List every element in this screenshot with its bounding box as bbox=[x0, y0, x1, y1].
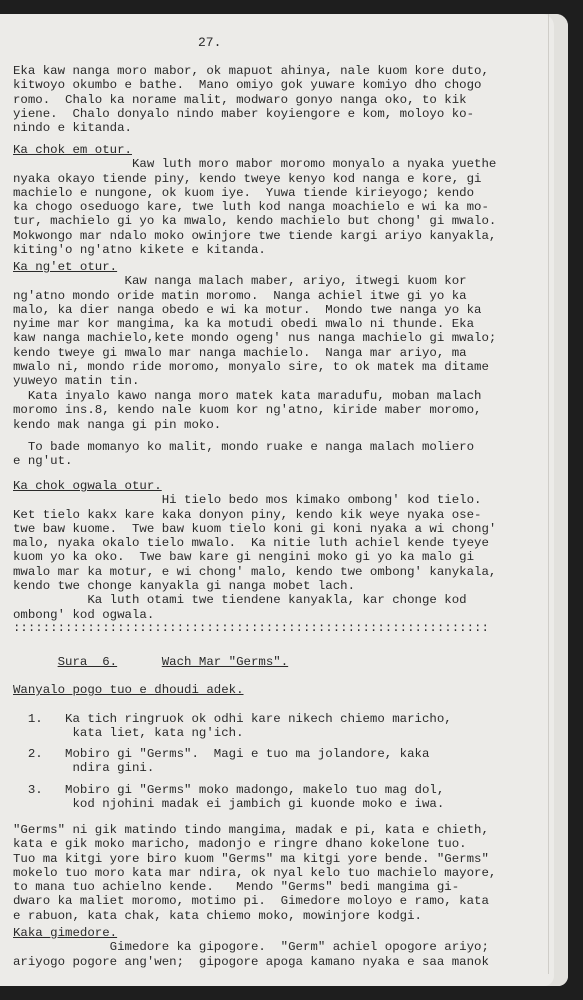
section-heading: Kaka gimedore. bbox=[13, 926, 533, 940]
text-line: ::::::::::::::::::::::::::::::::::::::::… bbox=[13, 621, 533, 635]
text-line: Ka luth otami twe tiendene kanyakla, kar… bbox=[13, 593, 533, 607]
text-line: Hi tielo bedo mos kimako ombong' kod tie… bbox=[13, 493, 533, 507]
text-line: "Germs" ni gik matindo tindo mangima, ma… bbox=[13, 823, 533, 837]
text-line: ombong' kod ogwala. bbox=[13, 608, 533, 622]
section-heading: Ka chok em otur. bbox=[13, 143, 533, 157]
text-line: mwalo ni, mondo ride moromo, monyalo sir… bbox=[13, 360, 533, 374]
list-item: 3. Mobiro gi "Germs" moko madongo, makel… bbox=[13, 783, 533, 812]
paragraph-block: To bade momanyo ko malit, mondo ruake e … bbox=[13, 440, 533, 469]
text-line: malo, nyaka okalo tielo mwalo. Ka nitie … bbox=[13, 536, 533, 550]
text-line: To bade momanyo ko malit, mondo ruake e … bbox=[13, 440, 533, 454]
text-line: Gimedore ka gipogore. "Germ" achiel opog… bbox=[13, 940, 533, 954]
section-heading: Ka ng'et otur. bbox=[13, 260, 533, 274]
text-line: kata liet, kata ng'ich. bbox=[13, 726, 533, 740]
list-item: 1. Ka tich ringruok ok odhi kare nikech … bbox=[13, 712, 533, 741]
text-line: kitwoyo okumbo e bathe. Mano omiyo gok y… bbox=[13, 78, 533, 92]
page-number: 27. bbox=[198, 35, 221, 50]
text-line: kiting'o ng'atno kikete e kitanda. bbox=[13, 243, 533, 257]
text-line: 2. Mobiro gi "Germs". Magi e tuo ma jola… bbox=[13, 747, 533, 761]
text-line: to mana tuo achielno kende. Mendo "Germs… bbox=[13, 880, 533, 894]
text-line: mokelo tuo moro kata mar ndira, ok nyal … bbox=[13, 866, 533, 880]
text-line: 3. Mobiro gi "Germs" moko madongo, makel… bbox=[13, 783, 533, 797]
text-line: kod njohini madak ei jambich gi kuonde m… bbox=[13, 797, 533, 811]
text-line: nyaka okayo tiende piny, kendo tweye ken… bbox=[13, 172, 533, 186]
text-line: machielo e nungone, ok kuom iye. Yuwa ti… bbox=[13, 186, 533, 200]
text-line: mwalo mar ka motur, e wi chong' malo, ke… bbox=[13, 565, 533, 579]
subheading-line: Wanyalo pogo tuo e dhoudi adek. bbox=[13, 683, 533, 697]
text-line: yiene. Chalo donyalo nindo maber koyieng… bbox=[13, 107, 533, 121]
text-line: romo. Chalo ka norame malit, modwaro gon… bbox=[13, 93, 533, 107]
text-line: Kaw luth moro mabor moromo monyalo a nya… bbox=[13, 157, 533, 171]
text-line: yuweyo matin tin. bbox=[13, 374, 533, 388]
section-kaka-gimedore: Kaka gimedore. Gimedore ka gipogore. "Ge… bbox=[13, 926, 533, 969]
text-line: Mokwongo mar ndalo moko owinjore twe tie… bbox=[13, 229, 533, 243]
paragraph-block: Ka chok em otur. Kaw luth moro mabor mor… bbox=[13, 143, 533, 257]
paragraph-block: Ka ng'et otur. Kaw nanga malach maber, a… bbox=[13, 260, 533, 389]
section-heading: Ka chok ogwala otur. bbox=[13, 479, 533, 493]
paragraph-block: ::::::::::::::::::::::::::::::::::::::::… bbox=[13, 621, 533, 635]
page-fold-line bbox=[548, 14, 549, 974]
paragraph-germs: "Germs" ni gik matindo tindo mangima, ma… bbox=[13, 823, 533, 923]
paragraph-block: Eka kaw nanga moro mabor, ok mapuot ahin… bbox=[13, 64, 533, 135]
text-line: tur, machielo gi yo ka mwalo, kendo mach… bbox=[13, 214, 533, 228]
paragraph-block: Ka chok ogwala otur. Hi tielo bedo mos k… bbox=[13, 479, 533, 622]
text-line: moromo ins.8, kendo nale kuom kor ng'atn… bbox=[13, 403, 533, 417]
text-line: kaw nanga machielo,kete mondo ogeng' nus… bbox=[13, 331, 533, 345]
text-line: dwaro ka maliet moromo, motimo pi. Gimed… bbox=[13, 894, 533, 908]
chapter-line: Sura 6. Wach Mar "Germs". bbox=[13, 655, 533, 669]
text-line: kendo tweye gi mwalo mar nanga machielo.… bbox=[13, 346, 533, 360]
list-item: 2. Mobiro gi "Germs". Magi e tuo ma jola… bbox=[13, 747, 533, 776]
text-line: 1. Ka tich ringruok ok odhi kare nikech … bbox=[13, 712, 533, 726]
text-line: ka chogo oseduogo kare, twe luth kod nan… bbox=[13, 200, 533, 214]
paragraph-block: Kata inyalo kawo nanga moro matek kata m… bbox=[13, 389, 533, 432]
text-line: ndira gini. bbox=[13, 761, 533, 775]
text-line: malo, ka dier nanga obedo e wi ka motur.… bbox=[13, 303, 533, 317]
text-line: twe baw kuome. Twe baw kuom tielo koni g… bbox=[13, 522, 533, 536]
chapter-heading: Sura 6. Wach Mar "Germs". bbox=[13, 655, 533, 669]
text-line: kendo mak nanga gi pin moko. bbox=[13, 418, 533, 432]
text-line: Kata inyalo kawo nanga moro matek kata m… bbox=[13, 389, 533, 403]
text-line: kendo twe chonge kanyakla gi nanga mobet… bbox=[13, 579, 533, 593]
text-line: Ket tielo kakx kare kaka donyon piny, ke… bbox=[13, 508, 533, 522]
text-line: ng'atno mondo oride matin moromo. Nanga … bbox=[13, 289, 533, 303]
text-line: e ng'ut. bbox=[13, 454, 533, 468]
text-line: kuom yo ka oko. Twe baw kare gi nengini … bbox=[13, 550, 533, 564]
text-line: Kaw nanga malach maber, ariyo, itwegi ku… bbox=[13, 274, 533, 288]
text-line: e rabuon, kata chak, kata chiemo moko, m… bbox=[13, 909, 533, 923]
text-line: nindo e kitanda. bbox=[13, 121, 533, 135]
text-line: ariyogo pogore ang'wen; gipogore apoga k… bbox=[13, 955, 533, 969]
subheading: Wanyalo pogo tuo e dhoudi adek. bbox=[13, 683, 533, 697]
text-line: Tuo ma kitgi yore biro kuom "Germs" ma k… bbox=[13, 852, 533, 866]
text-line: nyime mar kor mangima, ka ka motudi obed… bbox=[13, 317, 533, 331]
text-line: Eka kaw nanga moro mabor, ok mapuot ahin… bbox=[13, 64, 533, 78]
text-line: kata e gik moko maricho, madonjo e ringr… bbox=[13, 837, 533, 851]
